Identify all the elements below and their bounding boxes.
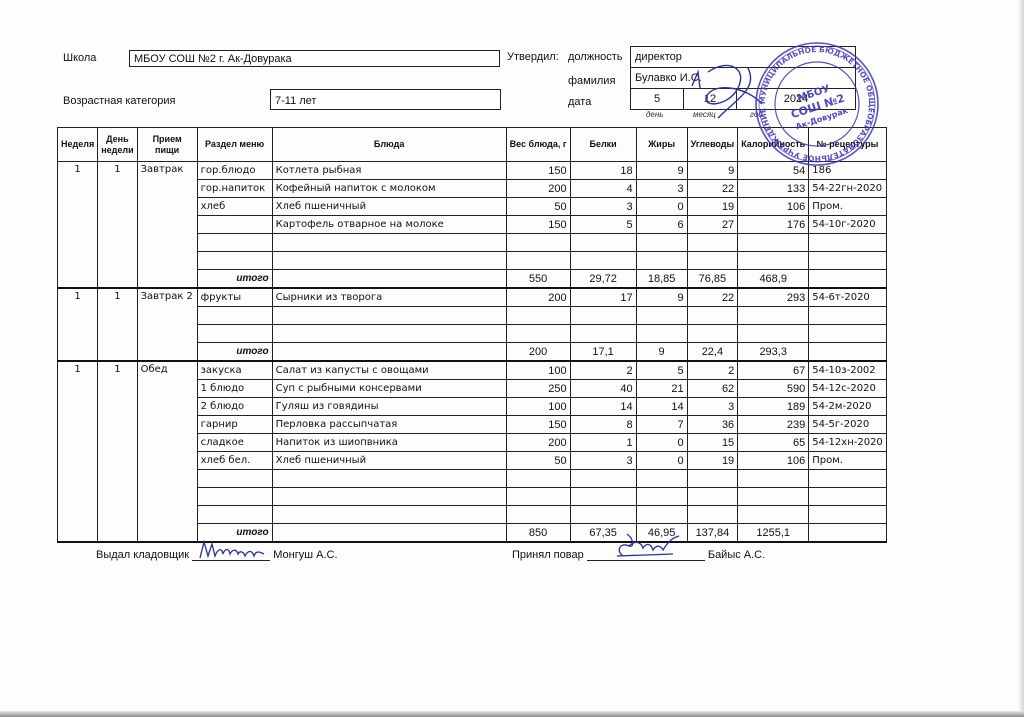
- section-cell: [197, 307, 272, 325]
- total-recipe: [809, 270, 887, 289]
- day-caption: день: [646, 110, 663, 119]
- kcal-cell: [738, 234, 809, 252]
- total-protein: 17,1: [570, 343, 636, 362]
- signature-scrawl-icon: [196, 538, 272, 562]
- total-recipe: [809, 524, 887, 543]
- received-signature-line: Принял повар Байыс А.С.: [512, 548, 765, 561]
- recipe-cell: [809, 506, 887, 524]
- total-carbs: 137,84: [687, 524, 738, 543]
- position-label: должность: [568, 51, 623, 63]
- week-cell: 1: [58, 162, 98, 289]
- protein-cell: 5: [570, 216, 636, 234]
- kcal-cell: [738, 470, 809, 488]
- fat-cell: [636, 252, 687, 270]
- school-label: Школа: [63, 52, 96, 64]
- protein-cell: [570, 470, 636, 488]
- section-cell: фрукты: [197, 288, 272, 307]
- fat-cell: [636, 307, 687, 325]
- section-cell: [197, 488, 272, 506]
- date-day: 5: [631, 89, 684, 109]
- weight-cell: 250: [506, 380, 570, 398]
- section-cell: закуска: [197, 361, 272, 380]
- fat-cell: [636, 470, 687, 488]
- issued-signature: [192, 548, 270, 561]
- kcal-cell: 176: [738, 216, 809, 234]
- col-day: День недели: [98, 128, 137, 162]
- dish-cell: [272, 234, 506, 252]
- kcal-cell: 106: [738, 198, 809, 216]
- recipe-cell: [809, 307, 887, 325]
- carbs-cell: [687, 470, 738, 488]
- protein-cell: [570, 252, 636, 270]
- section-cell: хлеб: [197, 198, 272, 216]
- dish-cell: Гуляш из говядины: [272, 398, 506, 416]
- fat-cell: 3: [636, 180, 687, 198]
- year-caption: год: [750, 110, 763, 119]
- protein-cell: 3: [570, 452, 636, 470]
- weight-cell: 200: [506, 434, 570, 452]
- total-carbs: 22,4: [687, 343, 738, 362]
- recipe-cell: [809, 325, 887, 343]
- carbs-cell: 2: [687, 361, 738, 380]
- dish-cell: [272, 252, 506, 270]
- carbs-cell: [687, 506, 738, 524]
- menu-table-body: 11Завтракгор.блюдоКотлета рыбная15018995…: [58, 162, 887, 543]
- recipe-cell: 186: [809, 162, 887, 180]
- dish-cell: [272, 325, 506, 343]
- weight-cell: 200: [506, 180, 570, 198]
- carbs-cell: 36: [687, 416, 738, 434]
- col-carbs: Углеводы: [687, 128, 738, 162]
- carbs-cell: 19: [687, 452, 738, 470]
- weight-cell: [506, 325, 570, 343]
- table-row: 11ОбедзакускаСалат из капусты с овощами1…: [58, 361, 887, 380]
- kcal-cell: 189: [738, 398, 809, 416]
- dish-cell: Кофейный напиток с молоком: [272, 180, 506, 198]
- section-cell: сладкое: [197, 434, 272, 452]
- kcal-cell: [738, 488, 809, 506]
- dish-cell: Картофель отварное на молоке: [272, 216, 506, 234]
- fat-cell: 21: [636, 380, 687, 398]
- fat-cell: [636, 325, 687, 343]
- total-weight: 850: [506, 524, 570, 543]
- section-cell: хлеб бел.: [197, 452, 272, 470]
- fat-cell: 0: [636, 198, 687, 216]
- dish-cell: [272, 470, 506, 488]
- day-cell: 1: [98, 288, 137, 361]
- protein-cell: [570, 325, 636, 343]
- section-cell: [197, 216, 272, 234]
- day-cell: 1: [98, 162, 137, 289]
- issued-signature-line: Выдал кладовщик Монгуш А.С.: [96, 548, 338, 561]
- fat-cell: 9: [636, 288, 687, 307]
- protein-cell: 3: [570, 198, 636, 216]
- month-caption: месяц: [693, 110, 716, 119]
- total-fat: 9: [636, 343, 687, 362]
- dish-cell: Перловка рассыпчатая: [272, 416, 506, 434]
- protein-cell: 40: [570, 380, 636, 398]
- dish-cell: Хлеб пшеничный: [272, 198, 506, 216]
- dish-cell: [272, 307, 506, 325]
- fat-cell: [636, 488, 687, 506]
- weight-cell: [506, 470, 570, 488]
- table-header-row: Неделя День недели Прием пищи Раздел мен…: [58, 128, 887, 162]
- position-field: директор: [631, 47, 855, 68]
- total-label: итого: [197, 343, 272, 362]
- total-recipe: [809, 343, 887, 362]
- dish-cell: Салат из капусты с овощами: [272, 361, 506, 380]
- total-protein: 29,72: [570, 270, 636, 289]
- approved-label: Утвердил:: [507, 51, 559, 63]
- paper-bottom-shadow: [0, 711, 1024, 717]
- carbs-cell: 22: [687, 288, 738, 307]
- carbs-cell: 9: [687, 162, 738, 180]
- carbs-cell: [687, 488, 738, 506]
- protein-cell: 2: [570, 361, 636, 380]
- weight-cell: [506, 488, 570, 506]
- signature-scrawl-icon: [613, 530, 693, 560]
- fat-cell: 6: [636, 216, 687, 234]
- week-cell: 1: [58, 361, 98, 542]
- date-month: 12: [684, 89, 737, 109]
- dish-cell: Суп с рыбными консервами: [272, 380, 506, 398]
- protein-cell: 14: [570, 398, 636, 416]
- fat-cell: [636, 506, 687, 524]
- carbs-cell: 19: [687, 198, 738, 216]
- carbs-cell: [687, 234, 738, 252]
- fat-cell: 5: [636, 361, 687, 380]
- kcal-cell: 65: [738, 434, 809, 452]
- protein-cell: 18: [570, 162, 636, 180]
- protein-cell: 17: [570, 288, 636, 307]
- age-category-label: Возрастная категория: [63, 95, 175, 107]
- recipe-cell: 54-6т-2020: [809, 288, 887, 307]
- fat-cell: 14: [636, 398, 687, 416]
- dish-cell: Хлеб пшеничный: [272, 452, 506, 470]
- section-cell: [197, 506, 272, 524]
- fat-cell: [636, 234, 687, 252]
- recipe-cell: [809, 470, 887, 488]
- section-cell: 2 блюдо: [197, 398, 272, 416]
- weight-cell: 150: [506, 416, 570, 434]
- kcal-cell: 67: [738, 361, 809, 380]
- kcal-cell: [738, 325, 809, 343]
- col-recipe: № рецептуры: [809, 128, 887, 162]
- recipe-cell: [809, 234, 887, 252]
- col-fat: Жиры: [636, 128, 687, 162]
- kcal-cell: 54: [738, 162, 809, 180]
- protein-cell: [570, 307, 636, 325]
- recipe-cell: 54-22гн-2020: [809, 180, 887, 198]
- recipe-cell: 54-10з-2002: [809, 361, 887, 380]
- recipe-cell: Пром.: [809, 452, 887, 470]
- kcal-cell: [738, 252, 809, 270]
- total-weight: 200: [506, 343, 570, 362]
- weight-cell: [506, 234, 570, 252]
- recipe-cell: 54-10г-2020: [809, 216, 887, 234]
- fat-cell: 0: [636, 452, 687, 470]
- fat-cell: 0: [636, 434, 687, 452]
- protein-cell: [570, 234, 636, 252]
- kcal-cell: 239: [738, 416, 809, 434]
- section-cell: гор.блюдо: [197, 162, 272, 180]
- section-cell: гор.напиток: [197, 180, 272, 198]
- col-section: Раздел меню: [197, 128, 272, 162]
- col-weight: Вес блюда, г: [506, 128, 570, 162]
- age-category-field: 7-11 лет: [270, 89, 501, 110]
- surname-field: Булавко И.С.: [631, 68, 855, 89]
- carbs-cell: 27: [687, 216, 738, 234]
- dish-cell: [272, 506, 506, 524]
- protein-cell: [570, 506, 636, 524]
- total-dish-cell: [272, 270, 506, 289]
- section-cell: [197, 325, 272, 343]
- weight-cell: 50: [506, 198, 570, 216]
- table-row: 11Завтрак 2фруктыСырники из творога20017…: [58, 288, 887, 307]
- received-label: Принял повар: [512, 549, 584, 561]
- approval-block: директор Булавко И.С. 5 12 2024: [630, 46, 856, 110]
- surname-label: фамилия: [568, 75, 615, 87]
- date-year: 2024: [737, 89, 855, 109]
- weight-cell: 100: [506, 398, 570, 416]
- total-fat: 18,85: [636, 270, 687, 289]
- fat-cell: 9: [636, 162, 687, 180]
- carbs-cell: 62: [687, 380, 738, 398]
- week-cell: 1: [58, 288, 98, 361]
- menu-table: Неделя День недели Прием пищи Раздел мен…: [57, 127, 887, 543]
- protein-cell: 8: [570, 416, 636, 434]
- recipe-cell: Пром.: [809, 198, 887, 216]
- total-kcal: 468,9: [738, 270, 809, 289]
- carbs-cell: [687, 307, 738, 325]
- weight-cell: [506, 252, 570, 270]
- carbs-cell: 15: [687, 434, 738, 452]
- kcal-cell: [738, 307, 809, 325]
- received-name: Байыс А.С.: [708, 549, 765, 561]
- kcal-cell: 133: [738, 180, 809, 198]
- total-kcal: 1255,1: [738, 524, 809, 543]
- section-cell: [197, 234, 272, 252]
- total-label: итого: [197, 270, 272, 289]
- issued-label: Выдал кладовщик: [96, 549, 189, 561]
- section-cell: 1 блюдо: [197, 380, 272, 398]
- carbs-cell: [687, 325, 738, 343]
- recipe-cell: 54-12с-2020: [809, 380, 887, 398]
- section-cell: [197, 252, 272, 270]
- total-kcal: 293,3: [738, 343, 809, 362]
- carbs-cell: 3: [687, 398, 738, 416]
- carbs-cell: 22: [687, 180, 738, 198]
- total-dish-cell: [272, 343, 506, 362]
- total-dish-cell: [272, 524, 506, 543]
- kcal-cell: [738, 506, 809, 524]
- weight-cell: [506, 307, 570, 325]
- weight-cell: [506, 506, 570, 524]
- weight-cell: 150: [506, 162, 570, 180]
- carbs-cell: [687, 252, 738, 270]
- col-dish: Блюда: [272, 128, 506, 162]
- weight-cell: 100: [506, 361, 570, 380]
- received-signature: [587, 548, 705, 561]
- weight-cell: 150: [506, 216, 570, 234]
- date-field: 5 12 2024: [631, 89, 855, 109]
- kcal-cell: 590: [738, 380, 809, 398]
- weight-cell: 200: [506, 288, 570, 307]
- table-row: 11Завтракгор.блюдоКотлета рыбная15018995…: [58, 162, 887, 180]
- col-protein: Белки: [570, 128, 636, 162]
- recipe-cell: 54-5г-2020: [809, 416, 887, 434]
- dish-cell: Напиток из шиопвника: [272, 434, 506, 452]
- dish-cell: [272, 488, 506, 506]
- section-cell: гарнир: [197, 416, 272, 434]
- protein-cell: 1: [570, 434, 636, 452]
- total-weight: 550: [506, 270, 570, 289]
- recipe-cell: [809, 252, 887, 270]
- recipe-cell: 54-2м-2020: [809, 398, 887, 416]
- dish-cell: Сырники из творога: [272, 288, 506, 307]
- day-cell: 1: [98, 361, 137, 542]
- recipe-cell: 54-12хн-2020: [809, 434, 887, 452]
- issued-name: Монгуш А.С.: [273, 549, 337, 561]
- protein-cell: [570, 488, 636, 506]
- weight-cell: 50: [506, 452, 570, 470]
- kcal-cell: 106: [738, 452, 809, 470]
- meal-cell: Завтрак: [137, 162, 197, 289]
- protein-cell: 4: [570, 180, 636, 198]
- col-kcal: Калорийность: [738, 128, 809, 162]
- section-cell: [197, 470, 272, 488]
- date-label: дата: [568, 96, 591, 108]
- col-week: Неделя: [58, 128, 98, 162]
- fat-cell: 7: [636, 416, 687, 434]
- recipe-cell: [809, 488, 887, 506]
- col-meal: Прием пищи: [137, 128, 197, 162]
- dish-cell: Котлета рыбная: [272, 162, 506, 180]
- school-field: МБОУ СОШ №2 г. Ак-Довурака: [129, 50, 500, 67]
- meal-cell: Завтрак 2: [137, 288, 197, 361]
- kcal-cell: 293: [738, 288, 809, 307]
- meal-cell: Обед: [137, 361, 197, 542]
- paper-edge-shadow: [1018, 0, 1024, 717]
- total-carbs: 76,85: [687, 270, 738, 289]
